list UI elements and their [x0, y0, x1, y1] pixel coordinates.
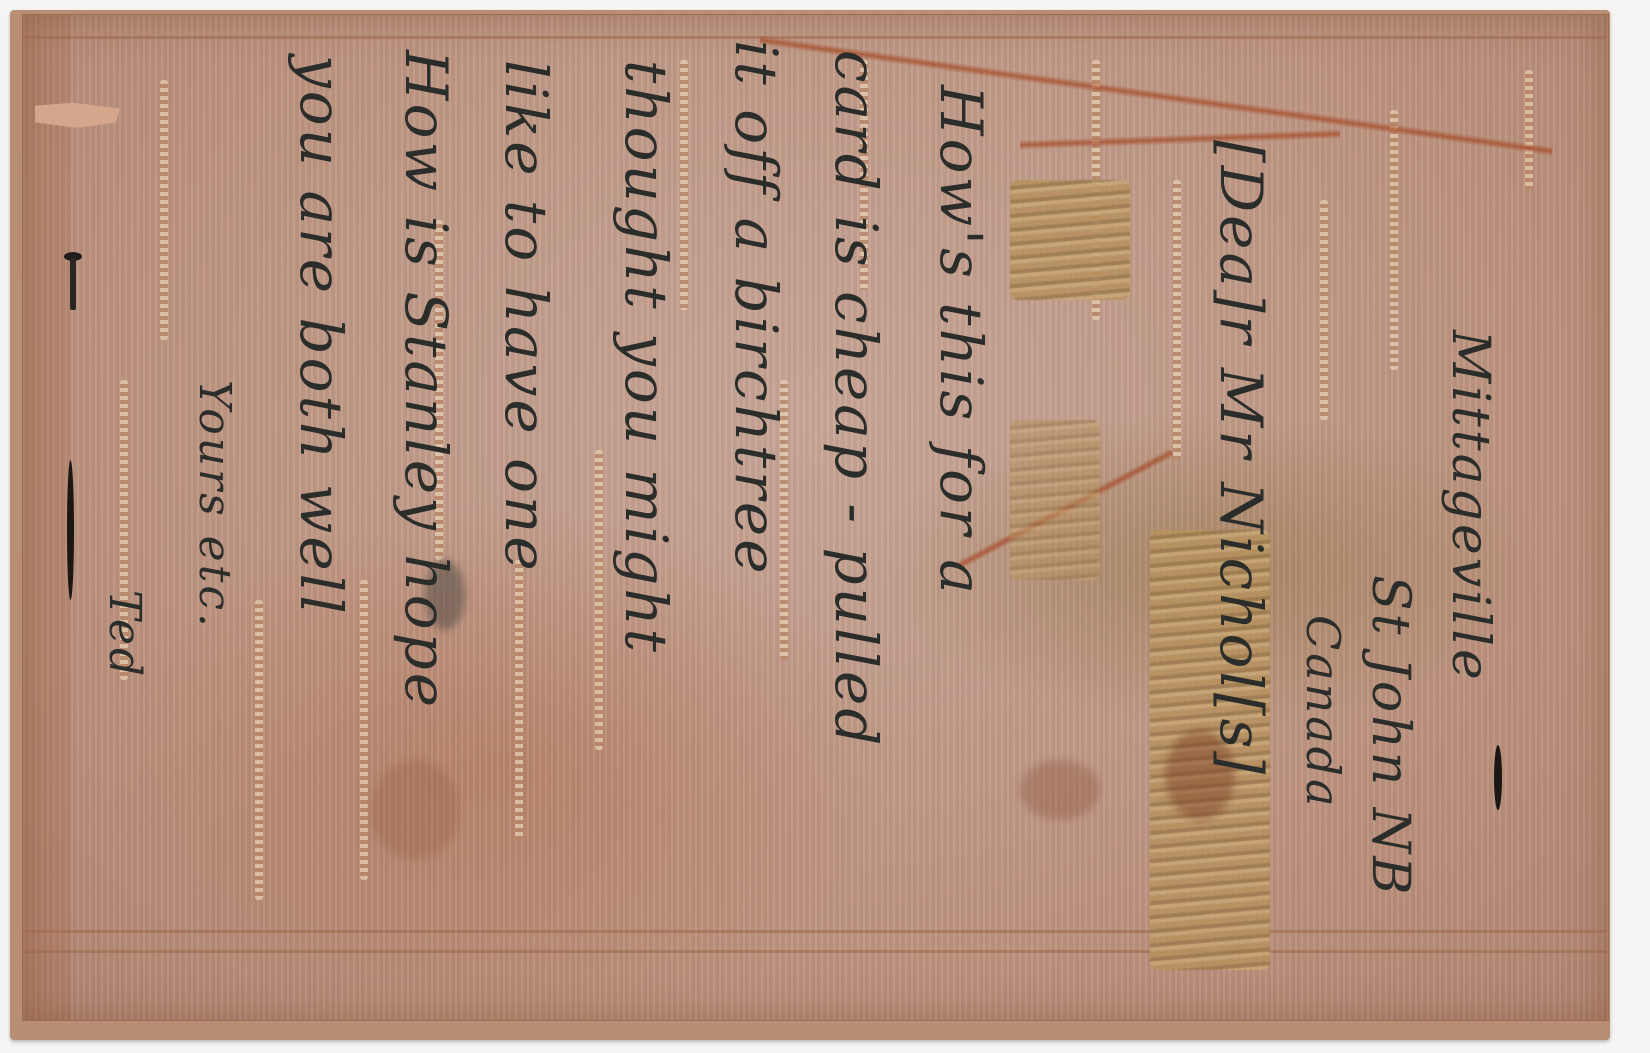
- letter-line: How is Stanley hope: [392, 50, 460, 710]
- letter-line: card is cheap - pulled: [822, 50, 890, 748]
- letter-line: How's this for a: [927, 85, 995, 597]
- letter-line: like to have one: [492, 60, 560, 574]
- bark-slit: [1494, 745, 1502, 810]
- letter-line: thought you might: [612, 60, 680, 655]
- letter-closing: Yours etc.: [189, 380, 240, 630]
- bark-lenticel: [680, 60, 688, 310]
- bark-lenticel: [160, 80, 168, 340]
- bark-lenticel: [1390, 110, 1398, 370]
- bark-layer-edge: [22, 950, 1607, 953]
- letter-country: Canada: [1296, 615, 1350, 810]
- letter-line: you are both well: [287, 55, 355, 617]
- peeled-bark-patch: [1010, 180, 1130, 300]
- letter-place: Mittageville: [1440, 330, 1500, 683]
- tack-icon: [64, 252, 82, 312]
- bark-lenticel: [255, 600, 263, 900]
- bark-layer-edge: [22, 36, 1607, 39]
- letter-line: it off a birchtree: [722, 40, 790, 577]
- bark-layer-edge: [22, 930, 1607, 933]
- peeled-bark-patch: [1010, 420, 1100, 580]
- bark-lenticel: [515, 560, 523, 840]
- letter-signature: Ted: [99, 590, 150, 679]
- bark-stain: [1020, 760, 1100, 820]
- bark-slit: [67, 460, 74, 600]
- bark-lenticel: [595, 450, 603, 750]
- bark-lenticel: [1173, 180, 1181, 460]
- bark-stain: [370, 760, 460, 860]
- letter-province: St John NB: [1360, 575, 1420, 897]
- letter-salutation: [Dea]r Mr Nichol[s]: [1207, 140, 1275, 777]
- bark-lenticel: [360, 580, 368, 880]
- bark-lenticel: [1525, 70, 1533, 190]
- bark-lenticel: [1320, 200, 1328, 420]
